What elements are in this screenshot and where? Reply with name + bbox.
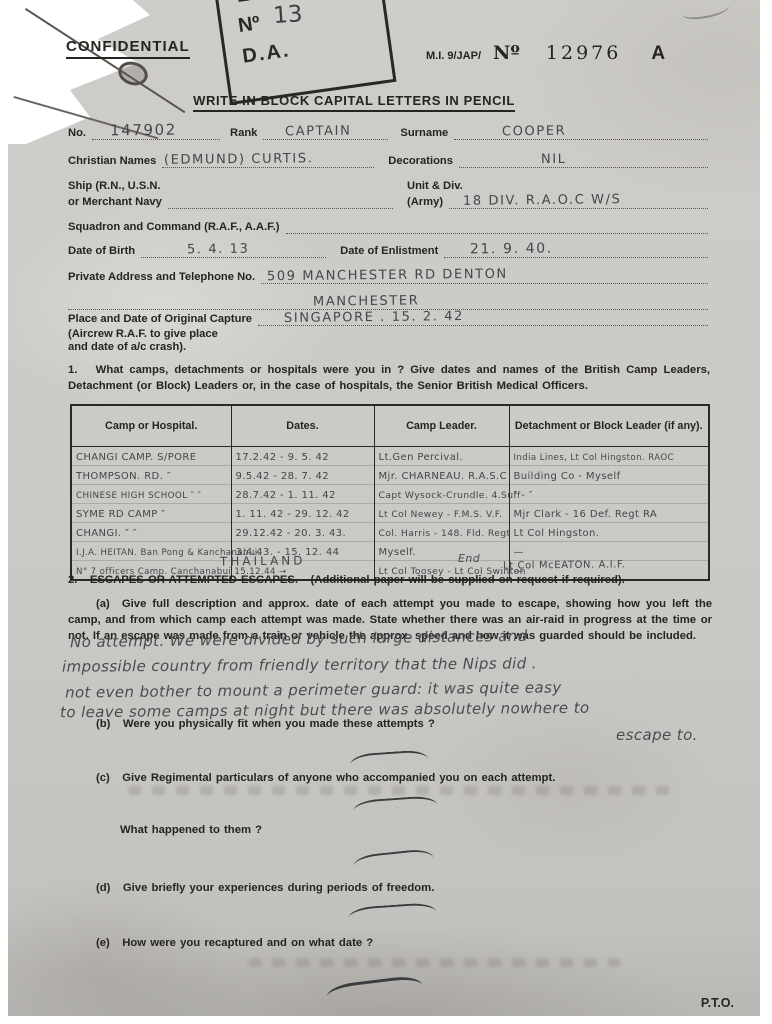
ship-label-line2: or Merchant Navy	[68, 196, 168, 209]
col-leader-header: Camp Leader.	[374, 405, 509, 447]
stamp-no-label: Nº	[237, 12, 262, 38]
q2b-label: (b)	[96, 718, 110, 730]
christian-names-value: (EDMUND) CURTIS.	[164, 151, 314, 168]
q2c-label: (c)	[96, 772, 110, 784]
capture-value: SINGAPORE . 15. 2. 42	[284, 309, 464, 326]
dash-answer	[353, 848, 434, 866]
scanned-form-page: CONFIDENTIAL BLOCK Nº 13 D.A. M.I. 9/JAP…	[0, 0, 772, 1024]
mi-ref-number: 12976	[546, 42, 621, 64]
end-note: End	[458, 552, 480, 565]
q2c-text: Give Regimental particulars of anyone wh…	[122, 772, 555, 784]
mi-ref-series: A	[651, 43, 665, 65]
dates-cell: 9.5.42 - 28. 7. 42	[236, 470, 330, 484]
leader-cell: Lt Col Newey - F.M.S. V.F.	[379, 508, 503, 522]
detachment-cell: Lt Col Hingston.	[514, 527, 600, 541]
address-label: Private Address and Telephone No.	[68, 271, 261, 284]
camp-cell: CHANGI CAMP. S/PORE	[76, 451, 196, 465]
q2d-label: (d)	[96, 882, 110, 894]
col-camp-header: Camp or Hospital.	[71, 405, 231, 447]
q2b-text: Were you physically fit when you made th…	[123, 718, 435, 730]
rank-value: CAPTAIN	[285, 124, 352, 140]
dates-cell: 29.12.42 - 20. 3. 43.	[236, 527, 347, 541]
confidential-marking: CONFIDENTIAL	[66, 38, 190, 59]
ship-label-line1: Ship (R.N., U.S.N.	[68, 180, 393, 192]
camp-cell: SYME RD CAMP ″	[76, 508, 165, 522]
enlistment-label: Date of Enlistment	[326, 245, 444, 258]
enlistment-value: 21. 9. 40.	[470, 241, 553, 258]
ship-value-line	[168, 193, 393, 209]
q2e-text: How were you recaptured and on what date…	[122, 937, 373, 949]
unit-value: 18 DIV. R.A.O.C W/S	[463, 192, 622, 209]
squadron-label: Squadron and Command (R.A.F., A.A.F.)	[68, 221, 286, 234]
stamp-number-handwritten: 13	[272, 1, 303, 29]
dob-value: 5. 4. 13	[187, 242, 250, 258]
dash-answer	[326, 974, 423, 997]
pencil-squiggle	[681, 0, 731, 21]
capture-label-line1: Place and Date of Original Capture	[68, 313, 258, 326]
table-row: CHANGI CAMP. S/PORE 17.2.42 - 9. 5. 42 L…	[71, 447, 709, 466]
col-detachment-header: Detachment or Block Leader (if any).	[509, 405, 709, 447]
ink-bleed-through	[248, 958, 620, 967]
unit-label-line2: (Army)	[407, 196, 449, 209]
leader-cell: Lt.Gen Percival.	[379, 451, 464, 465]
col-dates-header: Dates.	[231, 405, 374, 447]
mi-ref-no-label: Nº	[493, 42, 520, 64]
ink-bleed-through	[128, 786, 670, 795]
leader-cell: Capt Wysock-Crundle. 4.Suff	[379, 489, 521, 503]
dob-label: Date of Birth	[68, 245, 141, 258]
q2-number: 2.	[68, 574, 77, 586]
leader-cell: Myself.	[379, 546, 416, 560]
q2-heading-note: (Additional paper will be supplied on re…	[311, 574, 625, 586]
surname-value: COOPER	[502, 124, 566, 140]
camps-table: Camp or Hospital. Dates. Camp Leader. De…	[70, 404, 710, 581]
page-title: WRITE IN BLOCK CAPITAL LETTERS IN PENCIL	[193, 93, 515, 112]
mi-ref-prefix: M.I. 9/JAP/	[426, 50, 481, 62]
block-number-stamp: BLOCK Nº 13 D.A.	[211, 0, 396, 105]
detachment-cell: —	[514, 546, 524, 560]
table-row: I.J.A. HEITAN. Ban Pong & Kanchanabui. 3…	[71, 542, 709, 561]
q1-number: 1.	[68, 364, 77, 376]
detachment-cell: Building Co - Myself	[514, 470, 621, 484]
surname-label: Surname	[388, 127, 454, 140]
camp-cell: CHANGI. ″ ″	[76, 527, 137, 541]
answer-line: impossible country from friendly territo…	[62, 654, 537, 675]
capture-label-line2: (Aircrew R.A.F. to give place	[68, 328, 218, 340]
dash-answer	[353, 795, 437, 811]
what-happened-text: What happened to them ?	[120, 822, 712, 838]
table-row: CHANGI. ″ ″ 29.12.42 - 20. 3. 43. Col. H…	[71, 523, 709, 542]
paper-background: CONFIDENTIAL BLOCK Nº 13 D.A. M.I. 9/JAP…	[8, 0, 760, 1016]
q2d-text: Give briefly your experiences during per…	[123, 882, 434, 894]
no-label: No.	[68, 127, 92, 140]
detachment-cell: ″ - ″	[514, 489, 533, 503]
dates-cell: 17.2.42 - 9. 5. 42	[236, 451, 330, 465]
table-row: CHINESE HIGH SCHOOL ″ ″ 28.7.42 - 1. 11.…	[71, 485, 709, 504]
dash-answer	[348, 902, 436, 918]
detachment-cell: Mjr Clark - 16 Def. Regt RA	[514, 508, 658, 522]
leader-cell: Col. Harris - 148. Fld. Regt	[379, 527, 511, 541]
table-row: THOMPSON. RD. ″ 9.5.42 - 28. 7. 42 Mjr. …	[71, 466, 709, 485]
dates-cell: 28.7.42 - 1. 11. 42	[236, 489, 336, 503]
q1-text: What camps, detachments or hospitals wer…	[68, 364, 710, 392]
camp-cell: THOMPSON. RD. ″	[76, 470, 171, 484]
thailand-note: THAILAND	[220, 554, 306, 569]
address-value-line2: MANCHESTER	[313, 293, 419, 309]
q2-heading: ESCAPES OR ATTEMPTED ESCAPES.	[90, 574, 298, 586]
no-value: 147902	[110, 121, 177, 140]
decorations-value: NIL	[541, 152, 567, 167]
q2a-label: (a)	[68, 598, 110, 610]
capture-label-line3: and date of a/c crash).	[68, 341, 186, 353]
dates-cell: 1. 11. 42 - 29. 12. 42	[236, 508, 350, 522]
mceaton-note: Lt Col McEATON. A.I.F.	[503, 559, 626, 571]
leader-cell: Mjr. CHARNEAU. R.A.S.C	[379, 470, 508, 484]
answer-line: not even bother to mount a perimeter gua…	[65, 678, 562, 701]
pto-label: P.T.O.	[701, 996, 734, 1010]
camp-cell: CHINESE HIGH SCHOOL ″ ″	[76, 489, 201, 503]
table-row: SYME RD CAMP ″ 1. 11. 42 - 29. 12. 42 Lt…	[71, 504, 709, 523]
q2e-label: (e)	[96, 937, 110, 949]
dash-answer	[350, 749, 429, 764]
detachment-cell: India Lines, Lt Col Hingston. RAOC	[514, 451, 674, 465]
unit-label-line1: Unit & Div.	[407, 180, 708, 192]
christian-names-label: Christian Names	[68, 155, 162, 168]
squadron-value-line	[286, 218, 708, 234]
table-header-row: Camp or Hospital. Dates. Camp Leader. De…	[71, 405, 709, 447]
decorations-label: Decorations	[374, 155, 459, 168]
rank-label: Rank	[220, 127, 263, 140]
address-value-line1: 509 MANCHESTER RD DENTON	[267, 267, 508, 285]
